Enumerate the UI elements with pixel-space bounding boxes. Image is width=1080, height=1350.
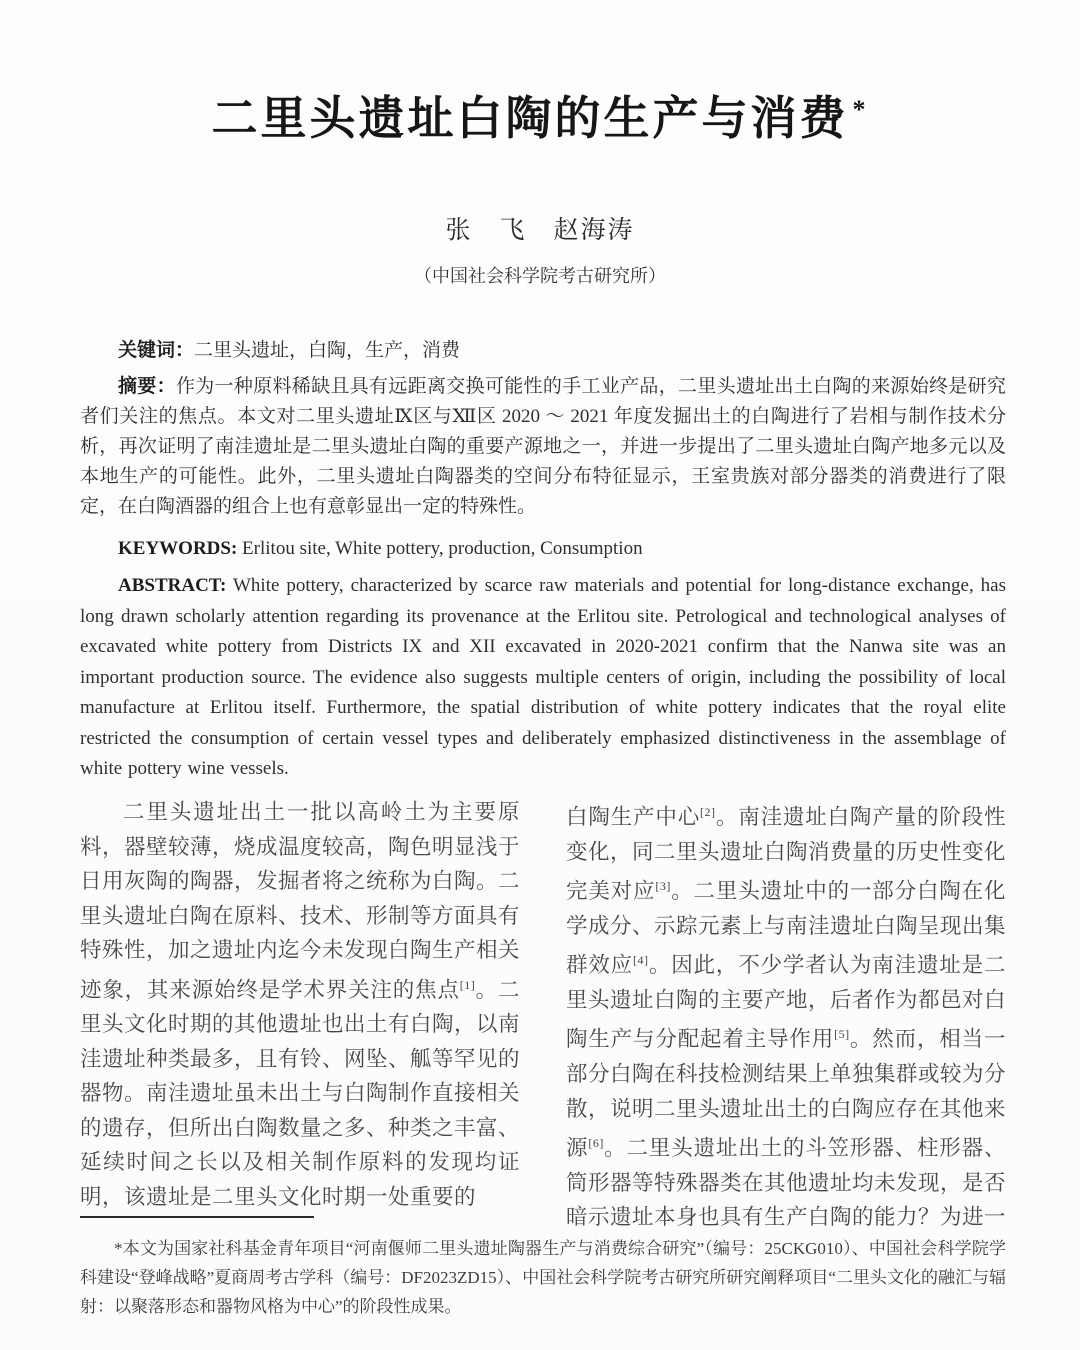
body-column-left: 二里头遗址出土一批以高岭土为主要原料，器壁较薄，烧成温度较高，陶色明显浅于日用灰… [80, 795, 520, 1235]
body-column-right: 白陶生产中心[2]。南洼遗址白陶产量的阶段性变化，同二里头遗址白陶消费量的历史性… [566, 795, 1006, 1235]
body-paragraph-right: 白陶生产中心[2]。南洼遗址白陶产量的阶段性变化，同二里头遗址白陶消费量的历史性… [566, 795, 1006, 1235]
reference-marker: [4] [633, 953, 649, 967]
keywords-en-label: KEYWORDS: [118, 538, 237, 559]
affiliation-line: （中国社会科学院考古研究所） [0, 262, 1080, 288]
footnote-text: *本文为国家社科基金青年项目“河南偃师二里头遗址陶器生产与消费综合研究”（编号：… [80, 1234, 1006, 1321]
abstract-en-text: White pottery, characterized by scarce r… [80, 575, 1006, 779]
authors-line: 张 飞 赵海涛 [0, 210, 1080, 246]
reference-marker: [6] [588, 1136, 604, 1150]
abstract-en-paragraph: ABSTRACT: White pottery, characterized b… [80, 571, 1006, 785]
keywords-en-text: Erlitou site, White pottery, production,… [237, 538, 642, 559]
body-columns: 二里头遗址出土一批以高岭土为主要原料，器壁较薄，烧成温度较高，陶色明显浅于日用灰… [80, 795, 1006, 1235]
footnote-block: *本文为国家社科基金青年项目“河南偃师二里头遗址陶器生产与消费综合研究”（编号：… [80, 1216, 1006, 1321]
footnote-marker: * [114, 1239, 123, 1258]
reference-marker: [3] [655, 879, 671, 893]
reference-marker: [5] [834, 1027, 850, 1041]
paper-page: 二里头遗址白陶的生产与消费* 张 飞 赵海涛 （中国社会科学院考古研究所） 关键… [0, 0, 1080, 1350]
footnote-separator-rule [80, 1216, 314, 1218]
page-title: 二里头遗址白陶的生产与消费* [0, 90, 1080, 148]
keywords-en-line: KEYWORDS: Erlitou site, White pottery, p… [80, 534, 1006, 564]
keywords-zh-label: 关键词： [118, 340, 194, 361]
paper-header: 二里头遗址白陶的生产与消费* 张 飞 赵海涛 （中国社会科学院考古研究所） [0, 90, 1080, 288]
abstract-zh-paragraph: 摘要：作为一种原料稀缺且具有远距离交换可能性的手工业产品，二里头遗址出土白陶的来… [80, 372, 1006, 522]
abstract-en-label: ABSTRACT: [118, 575, 226, 596]
title-footnote-marker: * [853, 95, 869, 124]
keywords-zh-line: 关键词：二里头遗址，白陶，生产，消费 [80, 336, 1006, 366]
reference-marker: [2] [700, 805, 716, 819]
abstract-zh-text: 作为一种原料稀缺且具有远距离交换可能性的手工业产品，二里头遗址出土白陶的来源始终… [80, 376, 1006, 517]
body-paragraph-left: 二里头遗址出土一批以高岭土为主要原料，器壁较薄，烧成温度较高，陶色明显浅于日用灰… [80, 795, 520, 1214]
reference-marker: [1] [460, 978, 476, 992]
abstract-zh-label: 摘要： [118, 376, 176, 397]
abstract-block: 关键词：二里头遗址，白陶，生产，消费 摘要：作为一种原料稀缺且具有远距离交换可能… [80, 336, 1006, 785]
footnote-body: 本文为国家社科基金青年项目“河南偃师二里头遗址陶器生产与消费综合研究”（编号：2… [80, 1239, 1006, 1316]
title-text: 二里头遗址白陶的生产与消费 [212, 93, 849, 144]
keywords-zh-text: 二里头遗址，白陶，生产，消费 [194, 340, 460, 361]
